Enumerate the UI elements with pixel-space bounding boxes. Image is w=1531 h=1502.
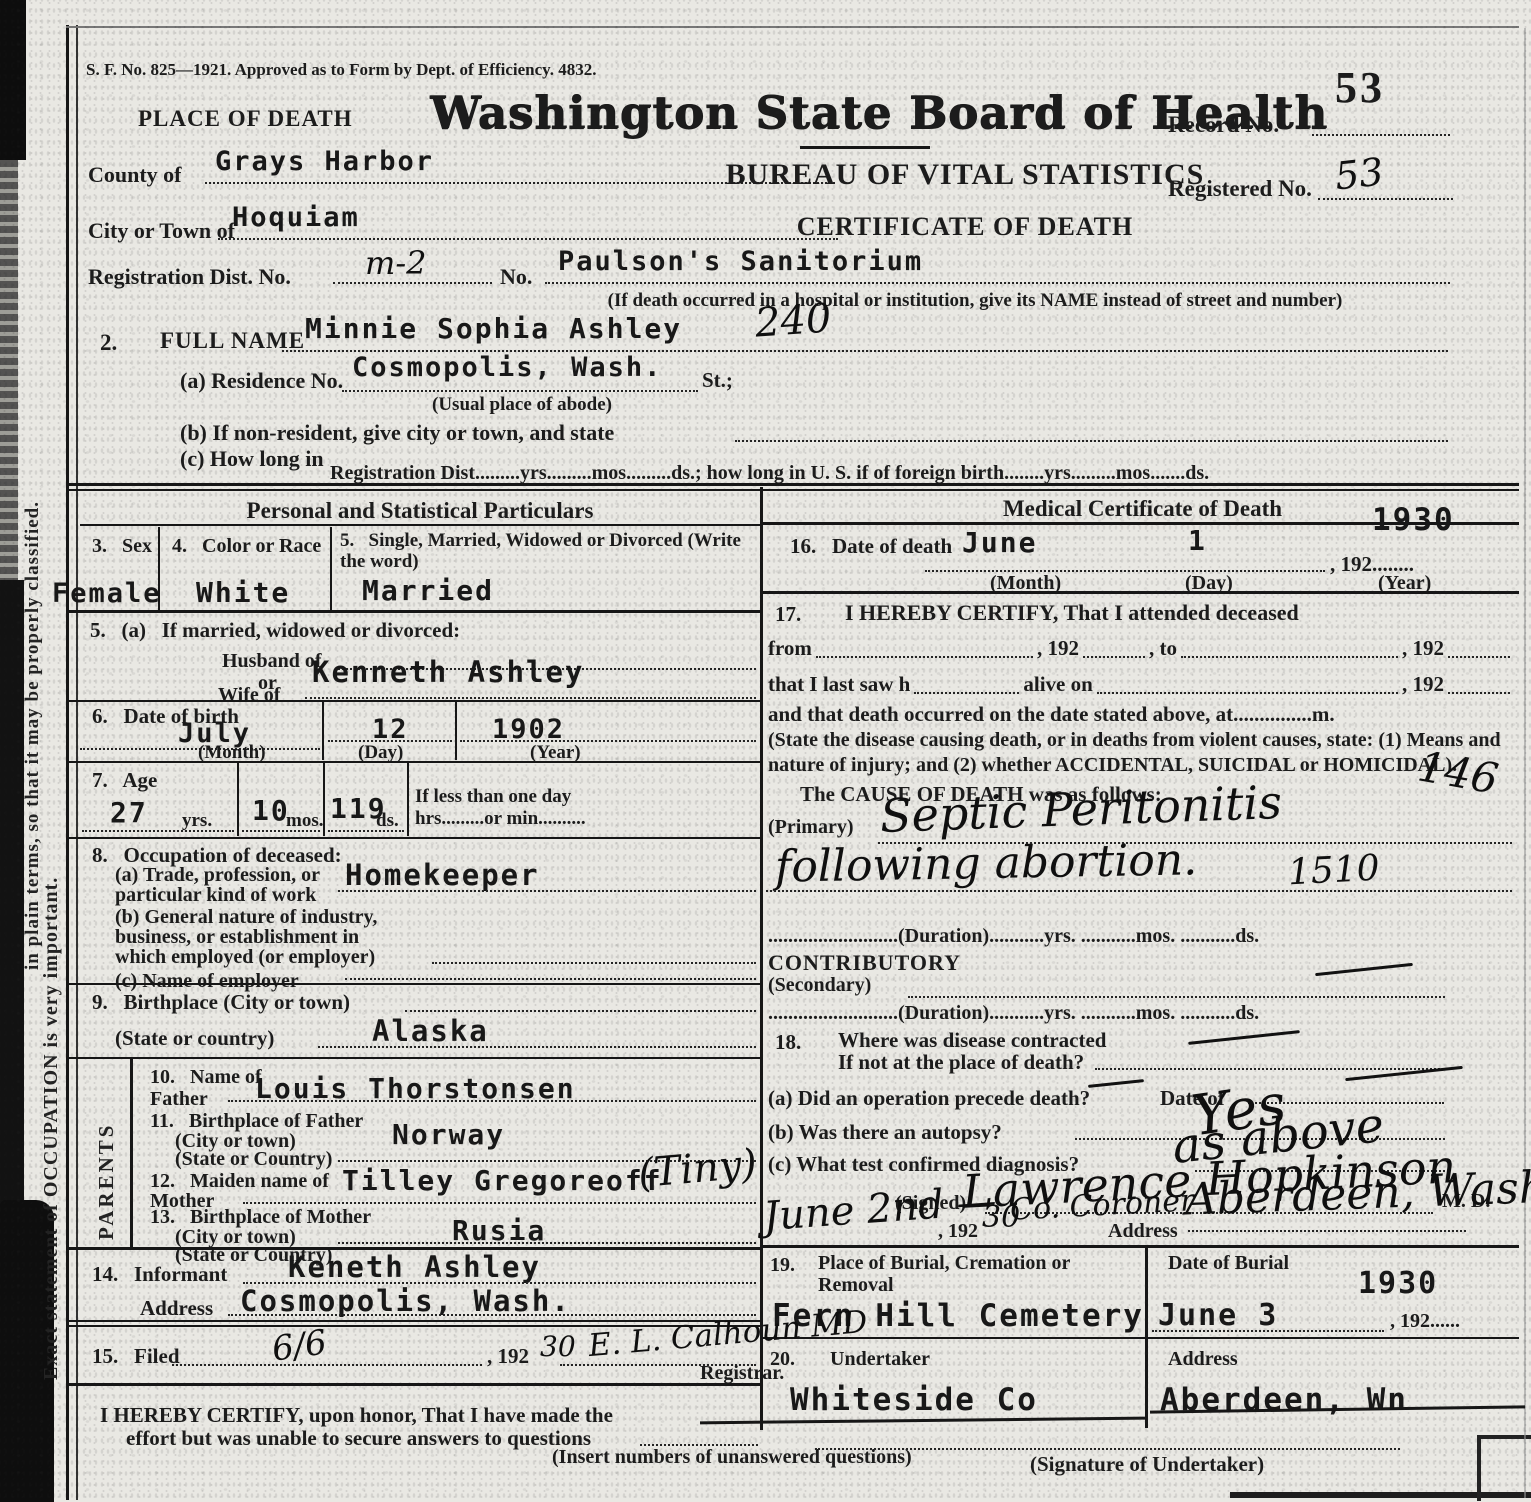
mother-name-value: Tilley Gregoreoff <box>342 1164 663 1197</box>
birthplace-state-line <box>318 1046 756 1048</box>
certify17-line1: I HEREBY CERTIFY, That I attended deceas… <box>845 600 1299 626</box>
contributory-line <box>908 996 1445 998</box>
cause-line2-rule <box>766 890 1512 892</box>
institution-line <box>545 282 1450 284</box>
form-number-line: S. F. No. 825—1921. Approved as to Form … <box>86 60 596 80</box>
age-years-line <box>82 830 234 832</box>
burial-year-value: 1930 <box>1358 1266 1438 1301</box>
burial-place-label2: Removal <box>818 1274 894 1297</box>
frame-right <box>1524 28 1526 1498</box>
qa-label: (a) Did an operation precede death? <box>768 1086 1090 1111</box>
full-name-value: Minnie Sophia Ashley <box>305 312 682 345</box>
occupation-b3: which employed (or employer) <box>115 946 375 969</box>
row8-bottom <box>66 983 760 985</box>
informant-label: 14. Informant <box>92 1262 227 1287</box>
dod-label: 16. Date of death <box>790 534 952 559</box>
row9-bottom <box>66 1057 760 1059</box>
certificate-title: CERTIFICATE OF DEATH <box>640 212 1290 242</box>
burial-place-label1: Place of Burial, Cremation or <box>818 1252 1070 1275</box>
birthplace-state-label: (State or country) <box>115 1026 274 1051</box>
dob-year-line <box>460 740 756 742</box>
city-value: Hoquiam <box>232 202 360 233</box>
age-label: 7. Age <box>92 768 157 793</box>
occupation-a2: particular kind of work <box>115 884 316 907</box>
year-blank-c <box>1448 692 1510 694</box>
row6-bottom <box>66 761 760 763</box>
item17-number: 17. <box>775 602 801 627</box>
certify17-line4: and that death occurred on the date stat… <box>768 702 1335 727</box>
cause-line2-value: following abortion. <box>775 834 1198 892</box>
row3-bottom <box>66 610 760 613</box>
row7-bottom <box>66 837 760 839</box>
violent-causes-note: (State the disease causing death, or in … <box>768 728 1508 778</box>
less-day-line2: hrs.........or min.......... <box>415 808 586 830</box>
race-marital-divider <box>330 527 332 610</box>
burial-year-prefix: , 192...... <box>1390 1310 1460 1333</box>
nonresident-label: (b) If non-resident, give city or town, … <box>180 420 614 446</box>
less-day-line1: If less than one day <box>415 786 571 808</box>
alive-blank <box>1097 692 1398 694</box>
qb-label: (b) Was there an autopsy? <box>768 1120 1002 1145</box>
spouse-value: Kenneth Ashley <box>312 655 584 689</box>
reg-dist-label: Registration Dist. No. <box>88 264 291 290</box>
filed-year-value: 30 <box>540 1330 576 1363</box>
nonresident-line <box>735 440 1448 442</box>
age-months-line <box>242 830 320 832</box>
occupation-value: Homekeeper <box>345 858 540 892</box>
death-certificate-scan: in plain terms, so that it may be proper… <box>0 0 1531 1502</box>
howlong-line: Registration Dist.........yrs.........mo… <box>330 462 1209 485</box>
residence-value: Cosmopolis, Wash. <box>352 352 662 383</box>
dod-month-value: June <box>962 526 1037 559</box>
row16-bottom <box>763 591 1519 594</box>
marital-value: Married <box>362 574 494 607</box>
left-column-header: Personal and Statistical Particulars <box>85 498 755 524</box>
frame-top <box>66 26 1519 28</box>
undertaker-label: Undertaker <box>830 1348 930 1371</box>
board-title: Washington State Board of Health <box>430 86 1120 139</box>
husband-label: Husband of <box>222 650 322 673</box>
record-no-line <box>1312 134 1450 136</box>
duration-line-2: ..........................(Duration)....… <box>768 1002 1259 1025</box>
certify17-line3: that I last saw halive on, 192 <box>768 672 1514 697</box>
marital-label: 5. Single, Married, Widowed or Divorced … <box>340 530 755 572</box>
page-number: 53 <box>1335 62 1385 113</box>
mother-name-line <box>243 1202 756 1204</box>
sex-value: Female <box>52 578 162 609</box>
year-192b: , 192 <box>1402 636 1444 661</box>
section-divider-a <box>66 483 1519 486</box>
howlong-label: (c) How long in <box>180 446 324 472</box>
birthplace-value: Alaska <box>372 1014 489 1048</box>
filed-year-prefix: , 192 <box>487 1344 529 1369</box>
dod-day-value: 1 <box>1188 524 1207 557</box>
wife-line <box>305 697 756 699</box>
no-label: No. <box>500 264 532 290</box>
parents-group-label: PARENTS <box>94 1085 119 1240</box>
informant-value: Keneth Ashley <box>288 1250 541 1284</box>
board-title-rule <box>800 146 930 149</box>
birthplace-city-line <box>405 1010 756 1012</box>
residence-line <box>342 390 698 392</box>
street-suffix: St.; <box>702 368 733 393</box>
registered-no-label: Registered No. <box>1168 176 1312 202</box>
registrar-signature: E. L. Calhoun MD <box>587 1304 869 1364</box>
mother-bp-line <box>338 1242 756 1244</box>
race-label: 4. Color or Race <box>172 535 321 558</box>
institution-value: Paulson's Sanitorium <box>558 246 923 277</box>
filed-label: 15. Filed <box>92 1344 180 1369</box>
item18-number: 18. <box>775 1030 801 1055</box>
undertaker-signature-caption: (Signature of Undertaker) <box>1030 1452 1264 1477</box>
sign-year-prefix: , 192 <box>938 1220 978 1243</box>
reg-dist-line <box>333 282 492 284</box>
registered-no-value: 53 <box>1333 150 1386 199</box>
sign-address-label: Address <box>1108 1220 1178 1243</box>
residence-label: (a) Residence No. <box>180 368 343 394</box>
sex-label: 3. Sex <box>92 535 152 558</box>
burial-date-line <box>1152 1330 1384 1332</box>
informant-address-line <box>228 1314 756 1316</box>
alive-on-label: alive on <box>1023 672 1092 697</box>
sign-address-line <box>1188 1230 1466 1232</box>
undertaker-value: Whiteside Co <box>790 1382 1038 1418</box>
duration-line-1: ..........................(Duration)....… <box>768 925 1259 948</box>
qa-dash-1 <box>1088 1079 1144 1088</box>
from-label: from <box>768 636 812 661</box>
cause-code-2: 1510 <box>1287 848 1381 894</box>
last-saw-label: that I last saw h <box>768 672 910 697</box>
to-blank <box>1181 656 1398 658</box>
age-months-cap: mos. <box>286 810 323 832</box>
scan-artifact-corner-mark <box>1477 1435 1531 1501</box>
row5a-bottom <box>66 700 760 702</box>
year-192a: , 192 <box>1037 636 1079 661</box>
institution-note: (If death occurred in a hospital or inst… <box>430 290 1520 312</box>
employer-line-b <box>432 962 756 964</box>
q18-line2: If not at the place of death? <box>838 1050 1084 1075</box>
dob-divider2 <box>455 702 457 760</box>
year-blank-a <box>1083 656 1145 658</box>
burial-date-value: June 3 <box>1158 1298 1278 1333</box>
saw-blank <box>914 692 1019 694</box>
section-divider-b <box>66 489 1519 491</box>
reg-dist-value: m-2 <box>365 244 427 282</box>
abode-note: (Usual place of abode) <box>432 394 612 416</box>
filed-line <box>172 1364 482 1366</box>
item19-number: 19. <box>770 1254 795 1277</box>
county-label: County of <box>88 162 182 188</box>
left-column-bottom <box>66 1383 760 1386</box>
column-divider <box>760 487 763 1430</box>
certify-note-line2: effort but was unable to secure answers … <box>126 1426 591 1451</box>
age-days-line <box>328 830 404 832</box>
row19-bottom <box>763 1337 1519 1339</box>
full-name-annotation: 240 <box>753 295 832 346</box>
employer-line-c <box>345 978 756 980</box>
father-name-label1: 10. Name of <box>150 1066 262 1089</box>
age-divider1 <box>237 763 239 836</box>
record-no-label: Record No. <box>1168 112 1279 138</box>
place-of-death-label: PLACE OF DEATH <box>138 106 353 132</box>
county-value: Grays Harbor <box>215 146 434 177</box>
filed-date-value: 6/6 <box>269 1322 329 1369</box>
father-name-label2: Father <box>150 1088 208 1111</box>
age-days-cap: ds. <box>376 810 399 832</box>
dob-divider1 <box>322 702 324 760</box>
contributory-label: CONTRIBUTORY <box>768 950 961 976</box>
certify-note-line1: I HEREBY CERTIFY, upon honor, That I hav… <box>100 1403 613 1428</box>
scan-artifact-left-mid <box>0 160 18 580</box>
from-blank <box>816 656 1033 658</box>
age-years: 27 <box>110 796 148 829</box>
dod-line <box>925 570 1325 572</box>
year-blank-b <box>1448 656 1510 658</box>
city-label: City or Town of <box>88 218 235 244</box>
occupation-line <box>338 890 756 892</box>
to-label: , to <box>1149 636 1177 661</box>
q18-line <box>1095 1068 1440 1070</box>
informant-address-value: Cosmopolis, Wash. <box>240 1284 571 1318</box>
item2-number: 2. <box>100 330 117 356</box>
father-name-line <box>228 1100 756 1102</box>
parents-divider <box>130 1059 133 1247</box>
undertaker-address-label: Address <box>1168 1348 1238 1371</box>
contributory-dash <box>1315 963 1413 976</box>
primary-label: (Primary) <box>768 816 854 839</box>
married-label: 5. (a) If married, widowed or divorced: <box>90 618 460 643</box>
undertaker-signature-line <box>815 1448 1400 1450</box>
mother-nickname: (Tiny) <box>636 1141 759 1197</box>
birthplace-label: 9. Birthplace (City or town) <box>92 990 350 1015</box>
informant-address-label: Address <box>140 1296 213 1321</box>
registrar-label: Registrar. <box>700 1362 784 1385</box>
left-header-rule <box>80 524 760 526</box>
father-bp-value: Norway <box>392 1118 505 1151</box>
registered-no-line <box>1318 198 1453 200</box>
q18-dash <box>1188 1030 1300 1045</box>
row18-bottom <box>763 1245 1519 1248</box>
father-bp-label3: (State or Country) <box>175 1148 332 1171</box>
age-divider3 <box>407 763 409 836</box>
age-years-cap: yrs. <box>182 810 212 832</box>
burial-date-label: Date of Burial <box>1168 1252 1289 1275</box>
dod-year-value: 1930 <box>1372 502 1455 538</box>
year-192c: , 192 <box>1402 672 1444 697</box>
secondary-label: (Secondary) <box>768 974 871 997</box>
age-months: 10 <box>252 794 290 827</box>
race-value: White <box>196 576 290 609</box>
certify17-line2: from, 192, to, 192 <box>768 636 1514 661</box>
